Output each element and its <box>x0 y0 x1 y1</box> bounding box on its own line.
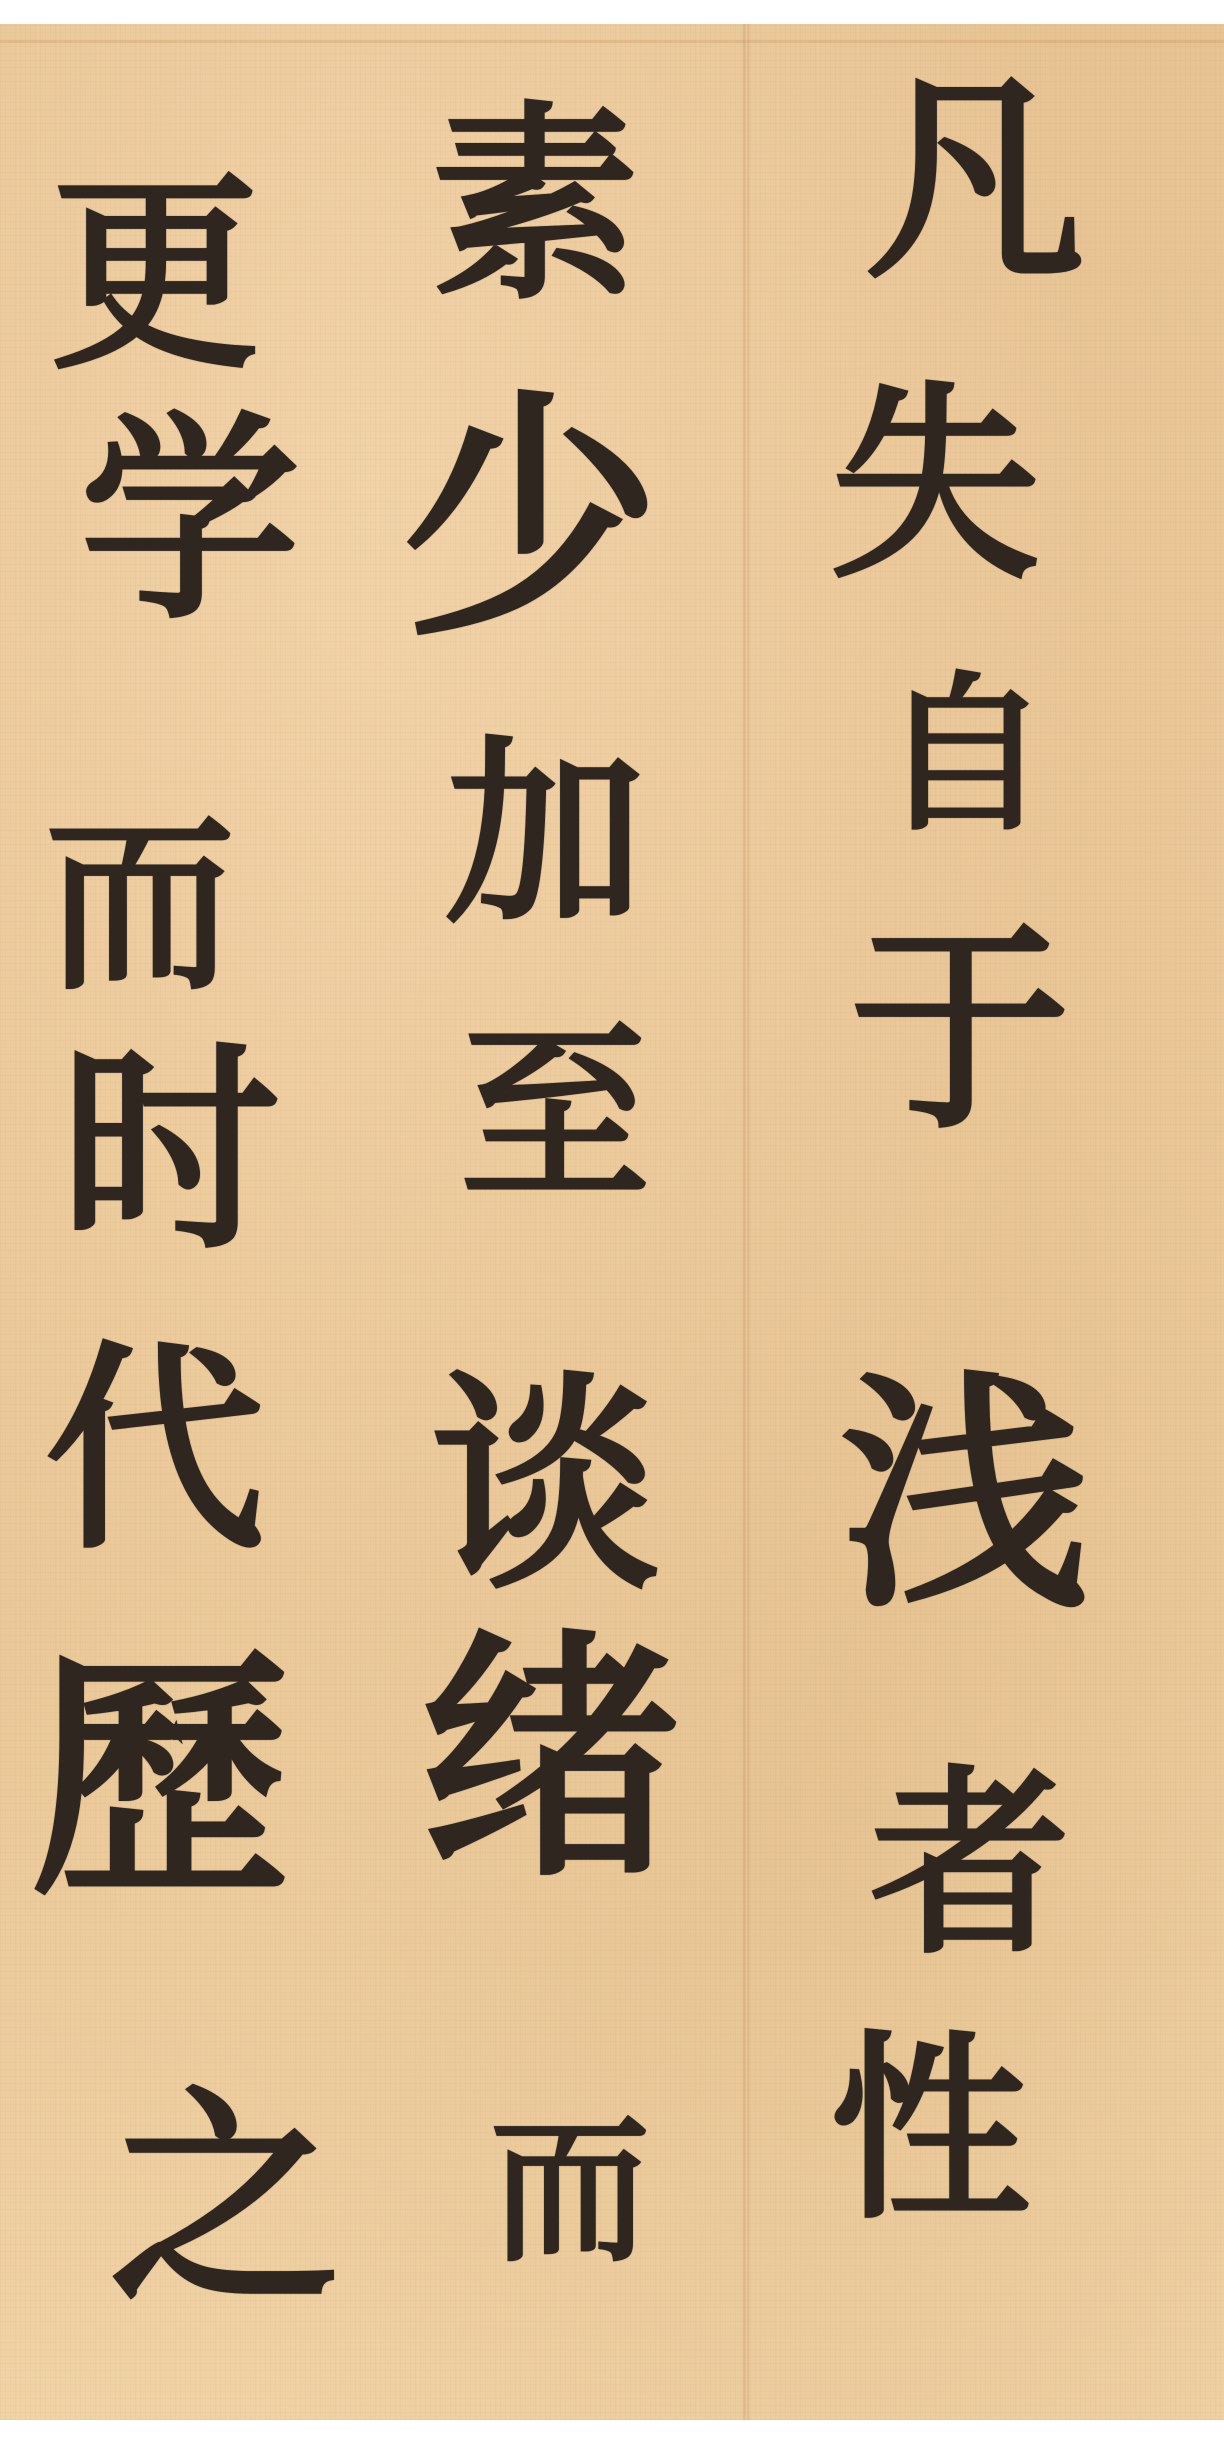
glyph: 于 <box>850 920 1010 1210</box>
glyph: 素 <box>430 100 630 340</box>
glyph: 谈 <box>420 1370 670 1590</box>
glyph: 绪 <box>420 1630 660 1990</box>
glyph: 失 <box>830 380 1040 620</box>
glyph: 更 <box>50 170 250 390</box>
glyph: 凡 <box>860 70 1090 310</box>
glyph: 少 <box>400 390 640 720</box>
glyph: 时 <box>40 1040 300 1260</box>
glyph: 而 <box>490 2110 650 2290</box>
glyph: 浅 <box>840 1370 1090 1710</box>
glyph: 之 <box>110 2085 330 2345</box>
paper-seam <box>742 24 750 2420</box>
glyph: 歷 <box>20 1650 300 1940</box>
glyph: 自 <box>880 670 1020 870</box>
paper-crease <box>0 40 1224 43</box>
glyph: 代 <box>40 1340 270 1560</box>
glyph: 者 <box>870 1765 1040 1995</box>
glyph: 学 <box>80 410 240 710</box>
glyph: 而 <box>40 810 240 1010</box>
glyph: 至 <box>460 1020 620 1260</box>
glyph: 性 <box>830 2030 1020 2230</box>
glyph: 加 <box>430 735 660 935</box>
